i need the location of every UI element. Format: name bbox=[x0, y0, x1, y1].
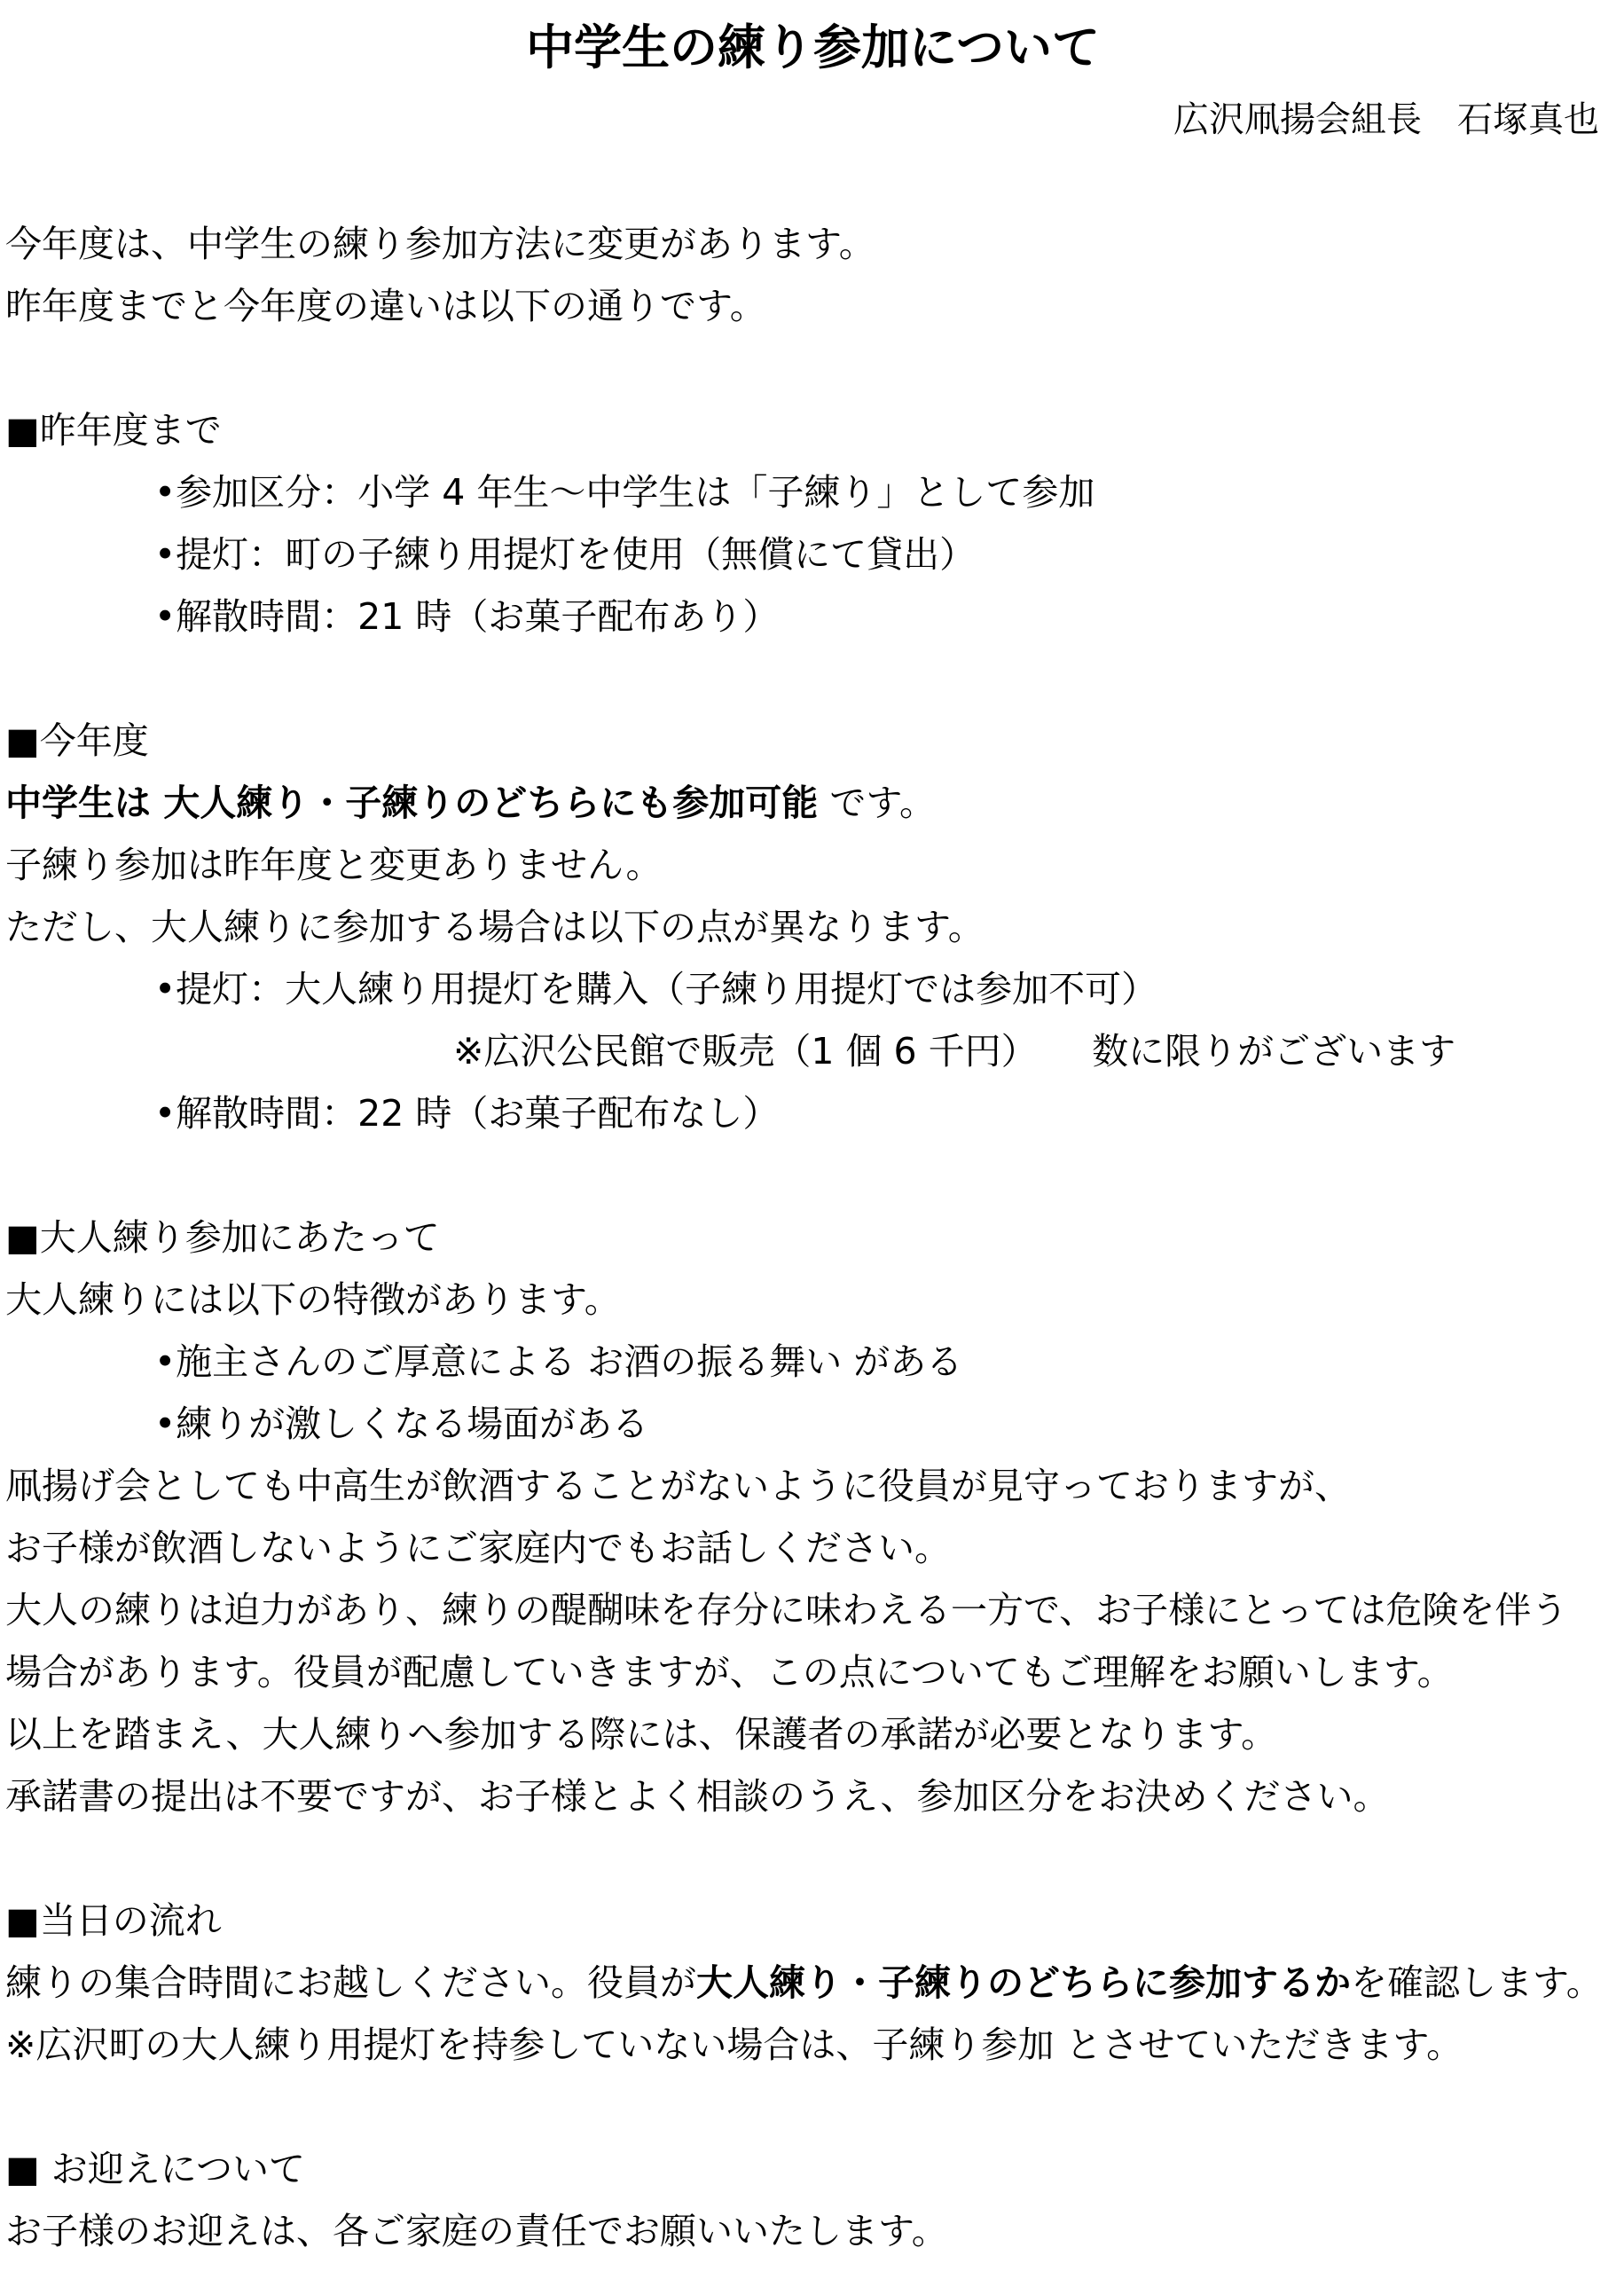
document-line: 場合があります。役員が配慮していきますが、この点についてもご理解をお願いします。 bbox=[5, 1641, 1620, 1703]
text-segment: 承諾書の提出は不要ですが、お子様とよく相談のうえ、参加区分をお決めください。 bbox=[5, 1775, 1389, 1818]
text-segment: •解散時間：21 時（お菓子配布あり） bbox=[154, 595, 779, 638]
text-segment: お子様が飲酒しないようにご家庭内でもお話しください。 bbox=[5, 1527, 951, 1569]
section-heading: ■昨年度まで bbox=[5, 399, 1620, 461]
emphasis-text: 大人練り・子練りのどちらに参加するか bbox=[696, 1961, 1351, 2004]
text-segment: ※広沢公民館で販売（1 個 6 千円） 数に限りがございます bbox=[453, 1030, 1455, 1073]
text-segment: 場合があります。役員が配慮していきますが、この点についてもご理解をお願いします。 bbox=[5, 1651, 1454, 1693]
text-segment: ■昨年度まで bbox=[5, 409, 222, 452]
document-line: •練りが激しくなる場面がある bbox=[5, 1393, 1620, 1455]
text-segment: ■今年度 bbox=[5, 719, 149, 762]
text-segment: ■当日の流れ bbox=[5, 1899, 222, 1942]
document-line: •解散時間：22 時（お菓子配布なし） bbox=[5, 1082, 1620, 1144]
text-segment: •練りが激しくなる場面がある bbox=[154, 1403, 648, 1445]
text-segment: ただし、大人練りに参加する場合は以下の点が異なります。 bbox=[5, 906, 985, 948]
text-segment: •解散時間：22 時（お菓子配布なし） bbox=[154, 1092, 779, 1135]
document-page: { "colors": { "background": "#ffffff", "… bbox=[0, 0, 1624, 2271]
text-segment: 大人練りには以下の特徴があります。 bbox=[5, 1278, 621, 1321]
text-segment: を確認します。 bbox=[1351, 1961, 1603, 2004]
section-heading: ■今年度 bbox=[5, 710, 1620, 772]
document-line: 凧揚げ会としても中高生が飲酒することがないように役員が見守っておりますが、 bbox=[5, 1455, 1620, 1517]
blank-line bbox=[5, 337, 1620, 399]
emphasis-text: 中学生は 大人練り・子練りのどちらにも参加可能 bbox=[5, 782, 818, 824]
document-line: •提灯：大人練り用提灯を購入（子練り用提灯では参加不可） bbox=[5, 958, 1620, 1020]
document-line: 子練り参加は昨年度と変更ありません。 bbox=[5, 834, 1620, 896]
text-segment: •提灯：町の子練り用提灯を使用（無償にて貸出） bbox=[154, 533, 976, 576]
text-segment: ※広沢町の大人練り用提灯を持参していない場合は、子練り参加 とさせていただきます… bbox=[5, 2023, 1463, 2066]
document-body: 今年度は、中学生の練り参加方法に変更があります。昨年度までと今年度の違いは以下の… bbox=[5, 213, 1620, 2262]
text-segment: ■ お迎えについて bbox=[5, 2148, 305, 2190]
document-line: 中学生は 大人練り・子練りのどちらにも参加可能 です。 bbox=[5, 772, 1620, 834]
document-line: •参加区分：小学 4 年生～中学生は「子練り」として参加 bbox=[5, 461, 1620, 523]
text-segment: •参加区分：小学 4 年生～中学生は「子練り」として参加 bbox=[154, 471, 1094, 514]
document-title: 中学生の練り参加について bbox=[5, 7, 1620, 89]
document-line: •解散時間：21 時（お菓子配布あり） bbox=[5, 585, 1620, 648]
text-segment: 凧揚げ会としても中高生が飲酒することがないように役員が見守っておりますが、 bbox=[5, 1465, 1351, 1507]
text-segment: 大人の練りは迫力があり、練りの醍醐味を存分に味わえる一方で、お子様にとっては危険… bbox=[5, 1589, 1567, 1631]
text-segment: •施主さんのご厚意による お酒の振る舞い がある bbox=[154, 1340, 962, 1383]
text-segment: 以上を踏まえ、大人練りへ参加する際には、保護者の承諾が必要となります。 bbox=[5, 1713, 1277, 1756]
text-segment: 昨年度までと今年度の違いは以下の通りです。 bbox=[5, 285, 766, 327]
document-content: 中学生の練り参加について 広沢凧揚会組長 石塚真也 今年度は、中学生の練り参加方… bbox=[0, 0, 1624, 2262]
text-segment: 子練り参加は昨年度と変更ありません。 bbox=[5, 844, 662, 886]
document-line: ※広沢公民館で販売（1 個 6 千円） 数に限りがございます bbox=[5, 1020, 1620, 1082]
document-line: ただし、大人練りに参加する場合は以下の点が異なります。 bbox=[5, 896, 1620, 958]
document-line: 昨年度までと今年度の違いは以下の通りです。 bbox=[5, 275, 1620, 337]
section-heading: ■大人練り参加にあたって bbox=[5, 1206, 1620, 1269]
document-line: 承諾書の提出は不要ですが、お子様とよく相談のうえ、参加区分をお決めください。 bbox=[5, 1765, 1620, 1827]
blank-line bbox=[5, 2076, 1620, 2138]
section-heading: ■ お迎えについて bbox=[5, 2138, 1620, 2200]
document-line: •提灯：町の子練り用提灯を使用（無償にて貸出） bbox=[5, 523, 1620, 585]
text-segment: 練りの集合時間にお越しください。役員が bbox=[5, 1961, 696, 2004]
document-line: 練りの集合時間にお越しください。役員が大人練り・子練りのどちらに参加するかを確認… bbox=[5, 1952, 1620, 2014]
document-line: 大人練りには以下の特徴があります。 bbox=[5, 1269, 1620, 1331]
section-heading: ■当日の流れ bbox=[5, 1890, 1620, 1952]
text-segment: 今年度は、中学生の練り参加方法に変更があります。 bbox=[5, 223, 875, 265]
blank-line bbox=[5, 1827, 1620, 1890]
document-line: 大人の練りは迫力があり、練りの醍醐味を存分に味わえる一方で、お子様にとっては危険… bbox=[5, 1579, 1620, 1641]
blank-line bbox=[5, 648, 1620, 710]
author-line: 広沢凧揚会組長 石塚真也 bbox=[5, 89, 1620, 151]
blank-line bbox=[5, 151, 1620, 213]
text-segment: です。 bbox=[818, 782, 936, 824]
text-segment: •提灯：大人練り用提灯を購入（子練り用提灯では参加不可） bbox=[154, 968, 1157, 1010]
text-segment: お子様のお迎えは、各ご家庭の責任でお願いいたします。 bbox=[5, 2210, 948, 2252]
text-segment: ■大人練り参加にあたって bbox=[5, 1216, 440, 1259]
document-line: 以上を踏まえ、大人練りへ参加する際には、保護者の承諾が必要となります。 bbox=[5, 1703, 1620, 1765]
blank-line bbox=[5, 1144, 1620, 1206]
document-line: •施主さんのご厚意による お酒の振る舞い がある bbox=[5, 1331, 1620, 1393]
document-line: お子様のお迎えは、各ご家庭の責任でお願いいたします。 bbox=[5, 2200, 1620, 2262]
document-line: お子様が飲酒しないようにご家庭内でもお話しください。 bbox=[5, 1517, 1620, 1579]
document-line: 今年度は、中学生の練り参加方法に変更があります。 bbox=[5, 213, 1620, 275]
document-line: ※広沢町の大人練り用提灯を持参していない場合は、子練り参加 とさせていただきます… bbox=[5, 2014, 1620, 2076]
